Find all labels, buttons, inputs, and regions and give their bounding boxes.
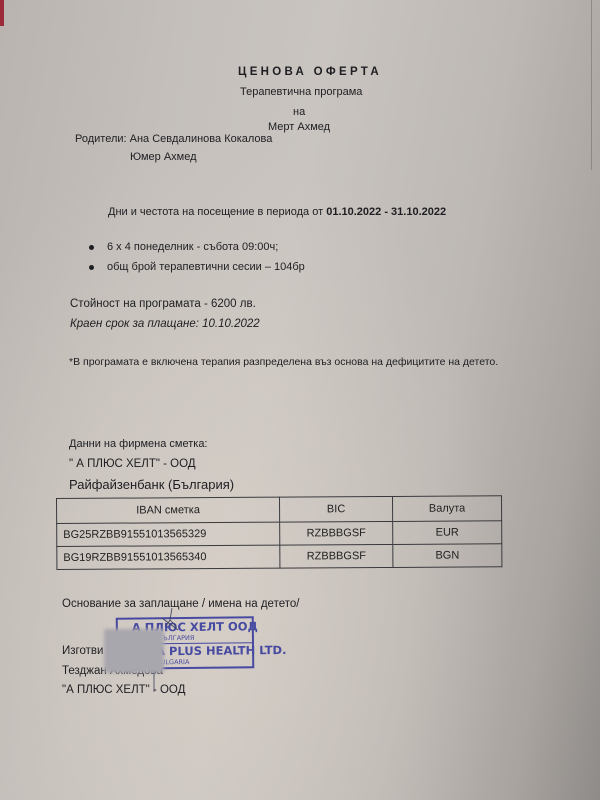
prepared-by-label: Изготви	[62, 645, 103, 658]
redacted-area	[104, 629, 164, 673]
iban-cell: BG25RZBB91551013565329	[57, 522, 280, 546]
parents-line: Родители: Ана Севдалинова Кокалова	[75, 133, 272, 146]
program-note: *В програмата е включена терапия разпред…	[69, 356, 498, 369]
schedule-item-text: 6 х 4 понеделник - събота 09:00ч;	[89, 241, 278, 253]
column-header-currency: Валута	[392, 496, 501, 522]
bank-name: Райфайзенбанк (България)	[69, 477, 234, 493]
column-header-iban: IBAN сметка	[57, 497, 280, 523]
preposition: на	[293, 106, 305, 119]
visit-period: Дни и честота на посещение в периода от …	[108, 206, 446, 219]
payment-deadline: Краен срок за плащане: 10.10.2022	[70, 318, 260, 331]
column-header-bic: BIC	[279, 496, 392, 522]
company-name: " А ПЛЮС ХЕЛТ" - ООД	[69, 458, 196, 471]
document-subtitle: Терапевтична програма	[240, 86, 362, 99]
currency-cell: BGN	[393, 544, 502, 568]
schedule-item: 6 х 4 понеделник - събота 09:00ч;	[89, 241, 278, 254]
scanned-document: ЦЕНОВА ОФЕРТА Терапевтична програма на М…	[0, 0, 600, 800]
bic-cell: RZBBBGSF	[280, 544, 393, 568]
edge-mark	[0, 0, 4, 26]
currency-cell: EUR	[393, 521, 502, 545]
schedule-item-text: общ брой терапевтични сесии – 104бр	[89, 261, 305, 273]
period-label: Дни и честота на посещение в периода от	[108, 206, 326, 218]
bank-details-label: Данни на фирмена сметка:	[69, 438, 208, 451]
parent-second: Юмер Ахмед	[130, 151, 197, 164]
program-cost: Стойност на програмата - 6200 лв.	[70, 298, 256, 311]
period-dates: 01.10.2022 - 31.10.2022	[326, 206, 446, 218]
table-row: BG25RZBB91551013565329 RZBBBGSF EUR	[57, 521, 502, 547]
schedule-item: общ брой терапевтични сесии – 104бр	[89, 261, 305, 274]
document-title: ЦЕНОВА ОФЕРТА	[238, 66, 382, 79]
bank-accounts-table: IBAN сметка BIC Валута BG25RZBB915510135…	[56, 495, 502, 570]
table-row: BG19RZBB91551013565340 RZBBBGSF BGN	[57, 544, 502, 570]
table-header-row: IBAN сметка BIC Валута	[57, 496, 502, 524]
paper-fold	[591, 0, 592, 170]
bic-cell: RZBBBGSF	[280, 521, 393, 545]
child-name: Мерт Ахмед	[268, 121, 330, 134]
iban-cell: BG19RZBB91551013565340	[57, 545, 280, 569]
